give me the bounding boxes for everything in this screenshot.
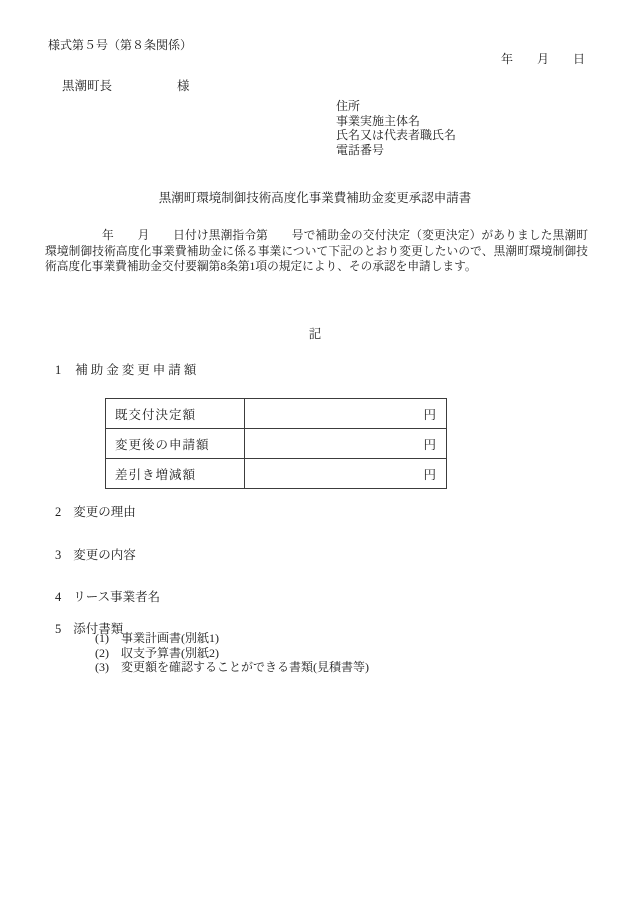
subsidy-amount-table: 既交付決定額 円 変更後の申請額 円 差引き増減額 円 [105, 398, 447, 489]
section-3-number: 3 [55, 548, 61, 563]
applicant-address-label: 住所 [336, 99, 456, 114]
form-number: 様式第５号（第８条関係） [48, 36, 192, 53]
row-label-after-change: 変更後の申請額 [106, 429, 245, 459]
section-4-title: リース事業者名 [73, 590, 160, 604]
table-row-previous-decision: 既交付決定額 円 [106, 399, 447, 429]
table-row-after-change: 変更後の申請額 円 [106, 429, 447, 459]
applicant-phone-label: 電話番号 [336, 143, 456, 158]
addressee-name: 黒潮町長 [62, 79, 112, 93]
attachment-item-1: (1) 事業計画書(別紙1) [95, 631, 369, 646]
date-line: 年 月 日 [501, 50, 585, 67]
section-3-title: 変更の内容 [73, 548, 136, 562]
section-1-title: 補助金変更申請額 [75, 363, 199, 377]
table-row-net-difference: 差引き増減額 円 [106, 459, 447, 489]
document-page: 様式第５号（第８条関係） 年 月 日 黒潮町長様 住所 事業実施主体名 氏名又は… [0, 0, 630, 903]
attachment-item-2: (2) 収支予算書(別紙2) [95, 646, 369, 661]
section-1-number: 1 [55, 363, 61, 378]
row-label-net-difference: 差引き増減額 [106, 459, 245, 489]
addressee-line: 黒潮町長様 [62, 76, 190, 94]
section-4-number: 4 [55, 590, 61, 605]
applicant-entity-label: 事業実施主体名 [336, 114, 456, 129]
yen-unit-label: 円 [423, 468, 436, 482]
section-4-heading: 4リース事業者名 [55, 587, 160, 605]
attachment-list: (1) 事業計画書(別紙1) (2) 収支予算書(別紙2) (3) 変更額を確認… [95, 631, 369, 675]
row-label-previous-decision: 既交付決定額 [106, 399, 245, 429]
record-mark: 記 [0, 324, 630, 342]
body-paragraph: 年 月 日付け黒潮指令第 号で補助金の交付決定（変更決定）がありました黒潮町環境… [45, 228, 588, 275]
section-3-heading: 3変更の内容 [55, 545, 136, 563]
section-2-title: 変更の理由 [73, 505, 136, 519]
yen-unit-label: 円 [423, 438, 436, 452]
section-1-heading: 1補助金変更申請額 [55, 360, 199, 378]
section-2-number: 2 [55, 505, 61, 520]
addressee-honorific: 様 [177, 79, 190, 93]
attachment-item-3: (3) 変更額を確認することができる書類(見積書等) [95, 660, 369, 675]
row-value-cell-previous-decision: 円 [245, 399, 447, 429]
applicant-block: 住所 事業実施主体名 氏名又は代表者職氏名 電話番号 [336, 99, 456, 158]
applicant-representative-label: 氏名又は代表者職氏名 [336, 128, 456, 143]
yen-unit-label: 円 [423, 408, 436, 422]
document-title: 黒潮町環境制御技術高度化事業費補助金変更承認申請書 [0, 188, 630, 206]
section-5-number: 5 [55, 622, 61, 637]
row-value-cell-net-difference: 円 [245, 459, 447, 489]
section-2-heading: 2変更の理由 [55, 502, 136, 520]
row-value-cell-after-change: 円 [245, 429, 447, 459]
